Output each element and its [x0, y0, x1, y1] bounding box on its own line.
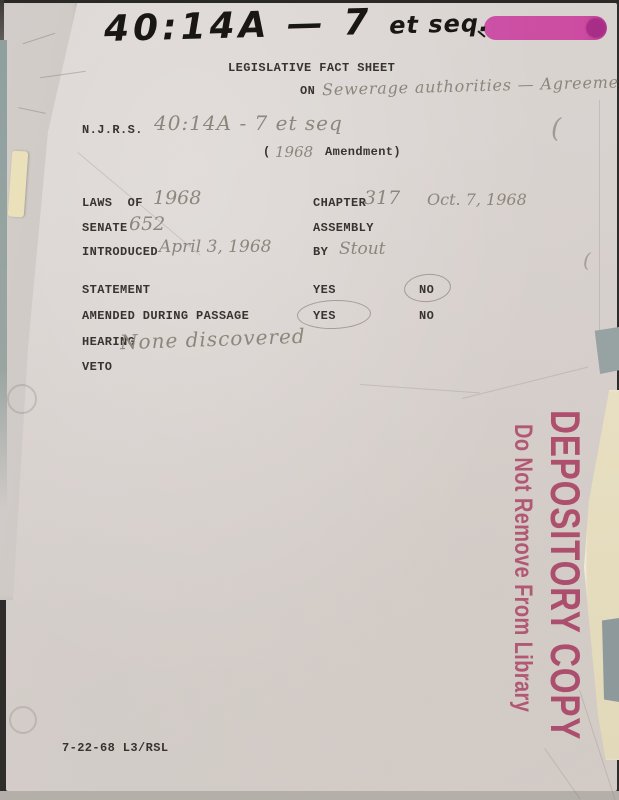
amendment-paren: (: [263, 145, 271, 159]
scanned-document: 40:14A — 7 et seq. LEGISLATIVE FACT SHEE…: [0, 0, 619, 800]
chapter-value: 317: [364, 187, 400, 209]
senate-label: SENATE: [82, 221, 128, 235]
stamp-line2: Do Not Remove From Library: [508, 424, 537, 712]
photo-edge-top: [0, 0, 619, 3]
introduced-date: April 3, 1968: [159, 237, 271, 257]
smudge-circle: [7, 384, 37, 414]
amended-no: NO: [419, 309, 434, 323]
stamp-line1: DEPOSITORY COPY: [541, 410, 589, 740]
pink-highlight-mark: [484, 16, 607, 40]
photo-edge-bottom: [0, 791, 619, 800]
senate-bill-number: 652: [129, 213, 165, 235]
by-label: BY: [313, 245, 328, 259]
veto-label: VETO: [82, 360, 112, 374]
smudge-circle: [9, 706, 37, 734]
assembly-label: ASSEMBLY: [313, 221, 374, 235]
on-label: ON: [300, 84, 315, 98]
chapter-date: Oct. 7, 1968: [427, 190, 527, 209]
laws-of-label: LAWS OF: [82, 196, 143, 210]
citation-main: 40:14A — 7: [104, 2, 374, 50]
pencil-paren-mark: (: [551, 114, 561, 144]
statute-label: N.J.R.S.: [82, 123, 143, 137]
statute-value-handwritten: 40:14A - 7 et seq: [154, 111, 343, 135]
amendment-label: Amendment): [325, 145, 401, 159]
sponsor-name: Stout: [339, 239, 386, 259]
crease-line: [599, 100, 600, 330]
statement-label: STATEMENT: [82, 283, 150, 297]
page-title: LEGISLATIVE FACT SHEET: [228, 61, 395, 75]
amendment-year-handwritten: 1968: [275, 143, 313, 161]
pencil-paren-mark: (: [583, 248, 591, 272]
introduced-label: INTRODUCED: [82, 245, 158, 259]
laws-of-value: 1968: [153, 187, 201, 209]
footer-date-code: 7-22-68 L3/RSL: [62, 741, 168, 755]
background-strip-left: [0, 40, 7, 510]
chapter-label: CHAPTER: [313, 196, 366, 210]
citation-suffix: et seq.: [389, 9, 490, 40]
amended-label: AMENDED DURING PASSAGE: [82, 309, 249, 323]
statement-yes: YES: [313, 283, 336, 297]
